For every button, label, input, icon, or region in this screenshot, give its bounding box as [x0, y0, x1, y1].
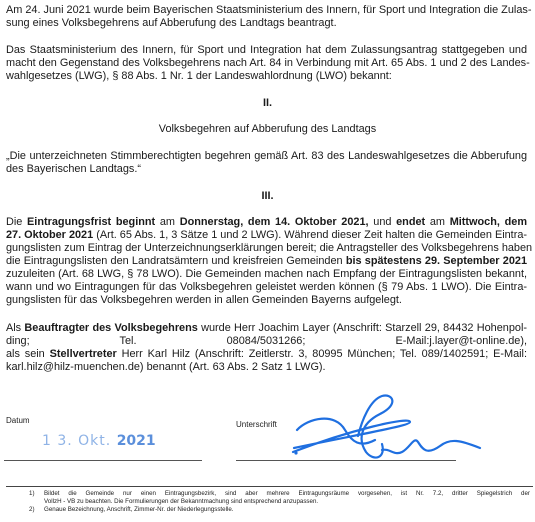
text-line: macht den Gegenstand des Volksbegehrens …	[6, 57, 527, 70]
signature-line	[236, 460, 456, 461]
text-run: zuzuleiten (Art. 68 LWG, § 78 LWO). Die …	[6, 268, 527, 280]
text-line: als sein Stellvertreter Herr Karl Hilz (…	[6, 348, 527, 361]
section-title: Volksbegehren auf Abberufung des Landtag…	[0, 123, 535, 136]
footnote-number: 1)	[29, 490, 35, 498]
date-line	[4, 460, 202, 461]
bold-text: Mittwoch, dem	[450, 216, 527, 228]
footnote-text: Bildet die Gemeinde nur einen Eintragung…	[44, 490, 530, 498]
date-stamp-year: 2021	[117, 433, 156, 449]
text-line: Die Eintragungsfrist beginnt am Donnerst…	[6, 216, 527, 229]
text-line: ding; Tel. 08084/5031266; E-Mail:j.layer…	[6, 335, 527, 348]
text-run: gungslisten für das Volksbegehren werden…	[6, 294, 402, 306]
text-run: ding; Tel. 08084/5031266; E-Mail:j.layer…	[6, 335, 527, 347]
text-run: und	[369, 216, 397, 228]
text-line: sung eines Volksbegehrens auf Abberufung…	[6, 17, 527, 30]
text-run: Als	[6, 322, 24, 334]
text-line: 27. Oktober 2021 (Art. 65 Abs. 1, 3 Sätz…	[6, 229, 527, 242]
text-line: gungslisten für das Volksbegehren werden…	[6, 294, 527, 307]
section-numeral-iii: III.	[0, 190, 535, 203]
text-line: Am 24. Juni 2021 wurde beim Bayerischen …	[6, 4, 527, 17]
text-run: Die	[6, 216, 27, 228]
bold-text: 27. Oktober 2021	[6, 229, 93, 241]
footnote-number: 2)	[29, 506, 35, 514]
text-line: Das Staatsministerium des Innern, für Sp…	[6, 44, 527, 57]
footnote-divider	[6, 486, 533, 487]
text-line: des Bayerischen Landtags.“	[6, 163, 527, 176]
text-run: wann und wo Eintragungen für das Volksbe…	[6, 281, 527, 293]
date-stamp: 1 3. Okt. 2021	[42, 433, 156, 449]
text-line: die Eintragungslisten den Landratsämtern…	[6, 255, 527, 268]
text-run: am	[425, 216, 450, 228]
text-run: (Art. 65 Abs. 1, 3 Sätze 1 und 2 LWG). W…	[93, 229, 527, 241]
footnote-text: VollzH - VB zu beachten. Die Formulierun…	[44, 498, 530, 506]
bold-text: endet	[396, 216, 425, 228]
text-line: gungslisten zum Eintrag der Unterzeichnu…	[6, 242, 527, 255]
bold-text: Beauftragter des Volksbegehrens	[24, 322, 197, 334]
text-run: karl.hilz@hilz-muenchen.de) benannt (Art…	[6, 361, 326, 373]
section-numeral-ii: II.	[0, 97, 535, 110]
handwritten-signature	[290, 390, 530, 470]
text-line: wann und wo Eintragungen für das Volksbe…	[6, 281, 527, 294]
text-run: gungslisten zum Eintrag der Unterzeichnu…	[6, 242, 532, 254]
text-line: wahlgesetzes (LWG), § 88 Abs. 1 Nr. 1 de…	[6, 70, 527, 83]
text-run: am	[155, 216, 180, 228]
text-line: Als Beauftragter des Volksbegehrens wurd…	[6, 322, 527, 335]
text-run: als sein	[6, 348, 50, 360]
text-line: zuzuleiten (Art. 68 LWG, § 78 LWO). Die …	[6, 268, 527, 281]
footnote-text: Genaue Bezeichnung, Anschrift, Zimmer-Nr…	[44, 506, 530, 514]
bold-text: Eintragungsfrist beginnt	[27, 216, 155, 228]
signature-label: Unterschrift	[236, 420, 277, 429]
text-line: karl.hilz@hilz-muenchen.de) benannt (Art…	[6, 361, 527, 374]
bold-text: bis spätestens 29. September 2021	[346, 255, 527, 267]
text-run: die Eintragungslisten den Landratsämtern…	[6, 255, 346, 267]
text-run: wurde Herr Joachim Layer (Anschrift: Sta…	[198, 322, 527, 334]
text-line: „Die unterzeichneten Stimmberechtigten b…	[6, 150, 527, 163]
date-stamp-day: 1 3. Okt.	[42, 433, 111, 449]
text-run: Herr Karl Hilz (Anschrift: Zeitlerstr. 3…	[117, 348, 527, 360]
bold-text: Stellvertreter	[50, 348, 117, 360]
date-label: Datum	[6, 416, 30, 425]
bold-text: Donnerstag, dem 14. Oktober 2021,	[180, 216, 369, 228]
